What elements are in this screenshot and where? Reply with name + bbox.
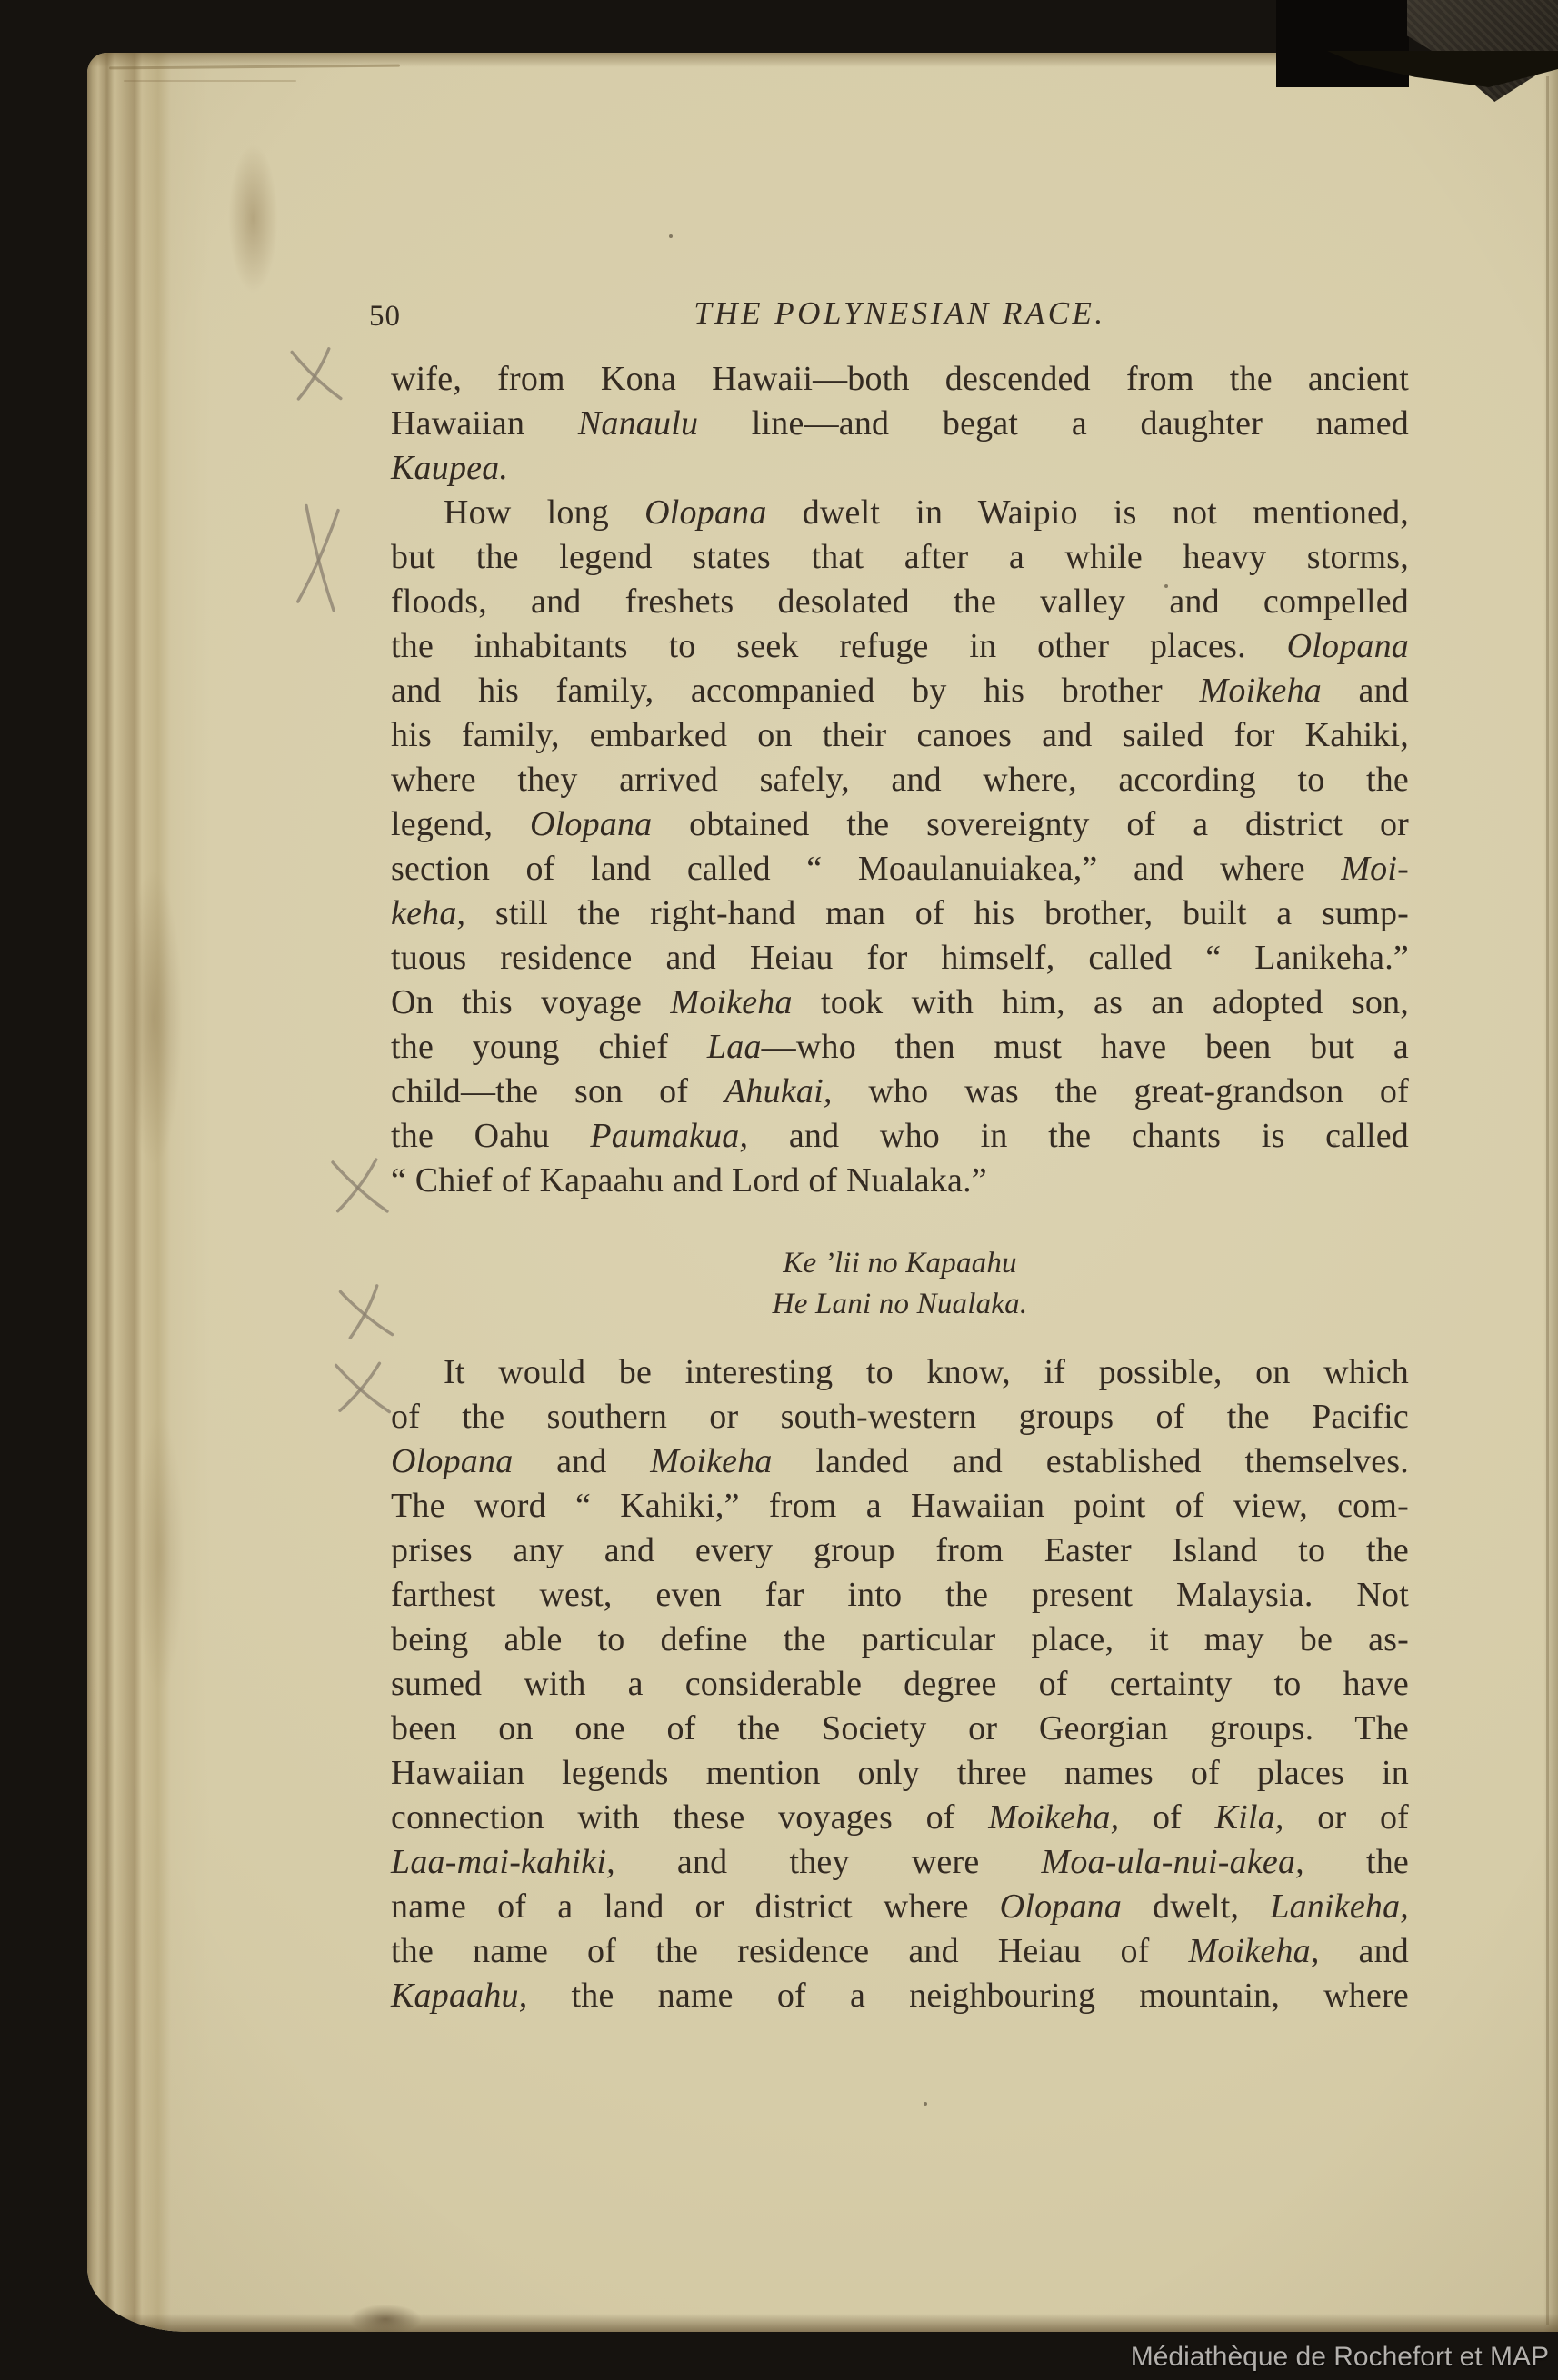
text-segment: who was the great-grandson of — [833, 1072, 1409, 1110]
text-line: section of land called “ Moaulanuiakea,”… — [391, 847, 1409, 891]
watermark-credit: Médiathèque de Rochefort et MAP — [1131, 2342, 1549, 2373]
text-segment: legend, — [391, 805, 530, 843]
italic-text: Kaupea. — [391, 449, 508, 487]
text-line: Kapaahu, the name of a neighbouring moun… — [391, 1974, 1409, 2018]
text-segment: sumed with a considerable degree of cert… — [391, 1665, 1409, 1703]
text-segment: and — [513, 1442, 650, 1480]
italic-text: Olopana — [1000, 1887, 1122, 1926]
text-line: sumed with a considerable degree of cert… — [391, 1662, 1409, 1707]
stain — [125, 872, 182, 1163]
italic-text: Olopana — [1287, 627, 1409, 665]
text-line: where they arrived safely, and where, ac… — [391, 758, 1409, 802]
italic-text: Moikeha, — [988, 1798, 1119, 1837]
book-page: 50 THE POLYNESIAN RACE. wife, from Kona … — [87, 53, 1558, 2332]
italic-text: Laa-mai-kahiki, — [391, 1843, 615, 1881]
italic-text: Kila, — [1215, 1798, 1284, 1837]
text-line: farthest west, even far into the present… — [391, 1573, 1409, 1618]
italic-text: Nanaulu — [578, 404, 698, 443]
text-segment: and his family, accompanied by his broth… — [391, 672, 1200, 710]
text-line: legend, Olopana obtained the sovereignty… — [391, 802, 1409, 847]
text-line: the name of the residence and Heiau of M… — [391, 1929, 1409, 1974]
verse-block: Ke ’lii no KapaahuHe Lani no Nualaka. — [391, 1243, 1409, 1325]
text-segment: floods, and freshets desolated the valle… — [391, 583, 1409, 621]
italic-text: Kapaahu, — [391, 1977, 527, 2015]
text-segment: still the right-hand man of his brother,… — [465, 894, 1409, 932]
text-segment: dwelt in Waipio is not mentioned, — [767, 493, 1409, 532]
text-line: prises any and every group from Easter I… — [391, 1529, 1409, 1573]
page-bottom-edge — [87, 2314, 1558, 2332]
paragraph: wife, from Kona Hawaii—both descended fr… — [391, 357, 1409, 491]
text-line: floods, and freshets desolated the valle… — [391, 580, 1409, 624]
text-segment: his family, embarked on their canoes and… — [391, 716, 1409, 754]
page-number: 50 — [369, 294, 401, 339]
text-segment: —who then must have been but a — [762, 1028, 1409, 1066]
text-segment: dwelt, — [1122, 1887, 1270, 1926]
text-segment: the — [1304, 1843, 1409, 1881]
text-line: wife, from Kona Hawaii—both descended fr… — [391, 357, 1409, 402]
italic-text: Lanikeha, — [1270, 1887, 1409, 1926]
text-segment: farthest west, even far into the present… — [391, 1576, 1409, 1614]
text-segment: being able to define the particular plac… — [391, 1620, 1409, 1658]
text-line: his family, embarked on their canoes and… — [391, 713, 1409, 758]
sheet-edge-line — [124, 80, 296, 82]
text-line: connection with these voyages of Moikeha… — [391, 1796, 1409, 1840]
text-segment: “ Chief of Kapaahu and Lord of Nualaka.” — [391, 1161, 987, 1200]
text-line: the inhabitants to seek refuge in other … — [391, 624, 1409, 669]
text-line: The word “ Kahiki,” from a Hawaiian poin… — [391, 1484, 1409, 1529]
italic-text: Olopana — [530, 805, 652, 843]
italic-text: Ahukai, — [724, 1072, 833, 1110]
text-line: been on one of the Society or Georgian g… — [391, 1707, 1409, 1751]
text-line: Olopana and Moikeha landed and establish… — [391, 1439, 1409, 1484]
text-segment: child—the son of — [391, 1072, 724, 1110]
text-segment: the name of the residence and Heiau of — [391, 1932, 1189, 1970]
italic-text: Laa — [707, 1028, 762, 1066]
speck — [669, 234, 673, 238]
text-body: wife, from Kona Hawaii—both descended fr… — [391, 357, 1409, 2018]
paragraph: How long Olopana dwelt in Waipio is not … — [391, 491, 1409, 1203]
text-segment: the young chief — [391, 1028, 707, 1066]
running-header-title: THE POLYNESIAN RACE. — [391, 291, 1409, 335]
text-segment: the name of a neighbouring mountain, whe… — [527, 1977, 1409, 2015]
text-segment: How long — [444, 493, 644, 532]
text-segment: but the legend states that after a while… — [391, 538, 1409, 576]
text-segment: landed and established themselves. — [773, 1442, 1409, 1480]
text-segment: where they arrived safely, and where, ac… — [391, 761, 1409, 799]
book-clamp — [1276, 0, 1409, 87]
verse-line: He Lani no Nualaka. — [391, 1284, 1409, 1325]
speck — [924, 2102, 927, 2106]
stain — [136, 1418, 184, 1690]
text-segment: The word “ Kahiki,” from a Hawaiian poin… — [391, 1487, 1409, 1525]
text-line: Kaupea. — [391, 446, 1409, 491]
printed-text-block: 50 THE POLYNESIAN RACE. wife, from Kona … — [391, 291, 1409, 2018]
italic-text: Moikeha, — [1189, 1932, 1320, 1970]
text-line: On this voyage Moikeha took with him, as… — [391, 981, 1409, 1025]
text-segment: and — [1322, 672, 1409, 710]
italic-text: Moi- — [1341, 850, 1409, 888]
italic-text: Olopana — [644, 493, 766, 532]
text-segment: wife, from Kona Hawaii—both descended fr… — [391, 360, 1409, 398]
text-segment: of — [1119, 1798, 1214, 1837]
text-segment: obtained the sovereignty of a district o… — [652, 805, 1409, 843]
text-segment: tuous residence and Heiau for himself, c… — [391, 939, 1409, 977]
italic-text: keha, — [391, 894, 465, 932]
text-line: How long Olopana dwelt in Waipio is not … — [391, 491, 1409, 535]
text-segment: On this voyage — [391, 983, 670, 1021]
text-segment: line—and begat a daughter named — [698, 404, 1409, 443]
text-segment: of the southern or south-western groups … — [391, 1398, 1409, 1436]
text-line: the Oahu Paumakua, and who in the chants… — [391, 1114, 1409, 1159]
text-segment: name of a land or district where — [391, 1887, 1000, 1926]
paragraph: It would be interesting to know, if poss… — [391, 1350, 1409, 2018]
text-line: of the southern or south-western groups … — [391, 1395, 1409, 1439]
text-line: Hawaiian Nanaulu line—and begat a daught… — [391, 402, 1409, 446]
italic-text: Paumakua, — [590, 1117, 748, 1155]
text-segment: Hawaiian — [391, 404, 578, 443]
stain — [228, 144, 278, 294]
text-segment: and they were — [615, 1843, 1042, 1881]
italic-text: Olopana — [391, 1442, 513, 1480]
text-line: the young chief Laa—who then must have b… — [391, 1025, 1409, 1070]
text-line: and his family, accompanied by his broth… — [391, 669, 1409, 713]
italic-text: Ke ’lii no Kapaahu — [783, 1247, 1017, 1280]
italic-text: Moikeha — [670, 983, 792, 1021]
text-line: child—the son of Ahukai, who was the gre… — [391, 1070, 1409, 1114]
text-line: tuous residence and Heiau for himself, c… — [391, 936, 1409, 981]
italic-text: Moa-ula-nui-akea, — [1042, 1843, 1304, 1881]
text-line: being able to define the particular plac… — [391, 1618, 1409, 1662]
page-header: 50 THE POLYNESIAN RACE. — [391, 291, 1409, 335]
italic-text: Moikeha — [1200, 672, 1322, 710]
text-segment: or of — [1284, 1798, 1409, 1837]
text-line: “ Chief of Kapaahu and Lord of Nualaka.” — [391, 1159, 1409, 1203]
text-segment: Hawaiian legends mention only three name… — [391, 1754, 1409, 1792]
text-segment: prises any and every group from Easter I… — [391, 1531, 1409, 1569]
text-line: Laa-mai-kahiki, and they were Moa-ula-nu… — [391, 1840, 1409, 1885]
text-segment: section of land called “ Moaulanuiakea,”… — [391, 850, 1341, 888]
scanned-book-photo: 50 THE POLYNESIAN RACE. wife, from Kona … — [0, 0, 1558, 2380]
text-line: but the legend states that after a while… — [391, 535, 1409, 580]
text-segment: took with him, as an adopted son, — [793, 983, 1409, 1021]
text-segment: and — [1320, 1932, 1409, 1970]
page-fold-line — [1546, 76, 1549, 2325]
text-line: name of a land or district where Olopana… — [391, 1885, 1409, 1929]
text-line: It would be interesting to know, if poss… — [391, 1350, 1409, 1395]
verse-line: Ke ’lii no Kapaahu — [391, 1243, 1409, 1284]
text-segment: the inhabitants to seek refuge in other … — [391, 627, 1287, 665]
text-segment: the Oahu — [391, 1117, 590, 1155]
text-segment: It would be interesting to know, if poss… — [444, 1353, 1409, 1391]
text-line: keha, still the right-hand man of his br… — [391, 891, 1409, 936]
text-line: Hawaiian legends mention only three name… — [391, 1751, 1409, 1796]
text-segment: been on one of the Society or Georgian g… — [391, 1709, 1409, 1748]
italic-text: He Lani no Nualaka. — [773, 1288, 1028, 1320]
text-segment: connection with these voyages of — [391, 1798, 988, 1837]
italic-text: Moikeha — [650, 1442, 772, 1480]
text-segment: and who in the chants is called — [748, 1117, 1409, 1155]
